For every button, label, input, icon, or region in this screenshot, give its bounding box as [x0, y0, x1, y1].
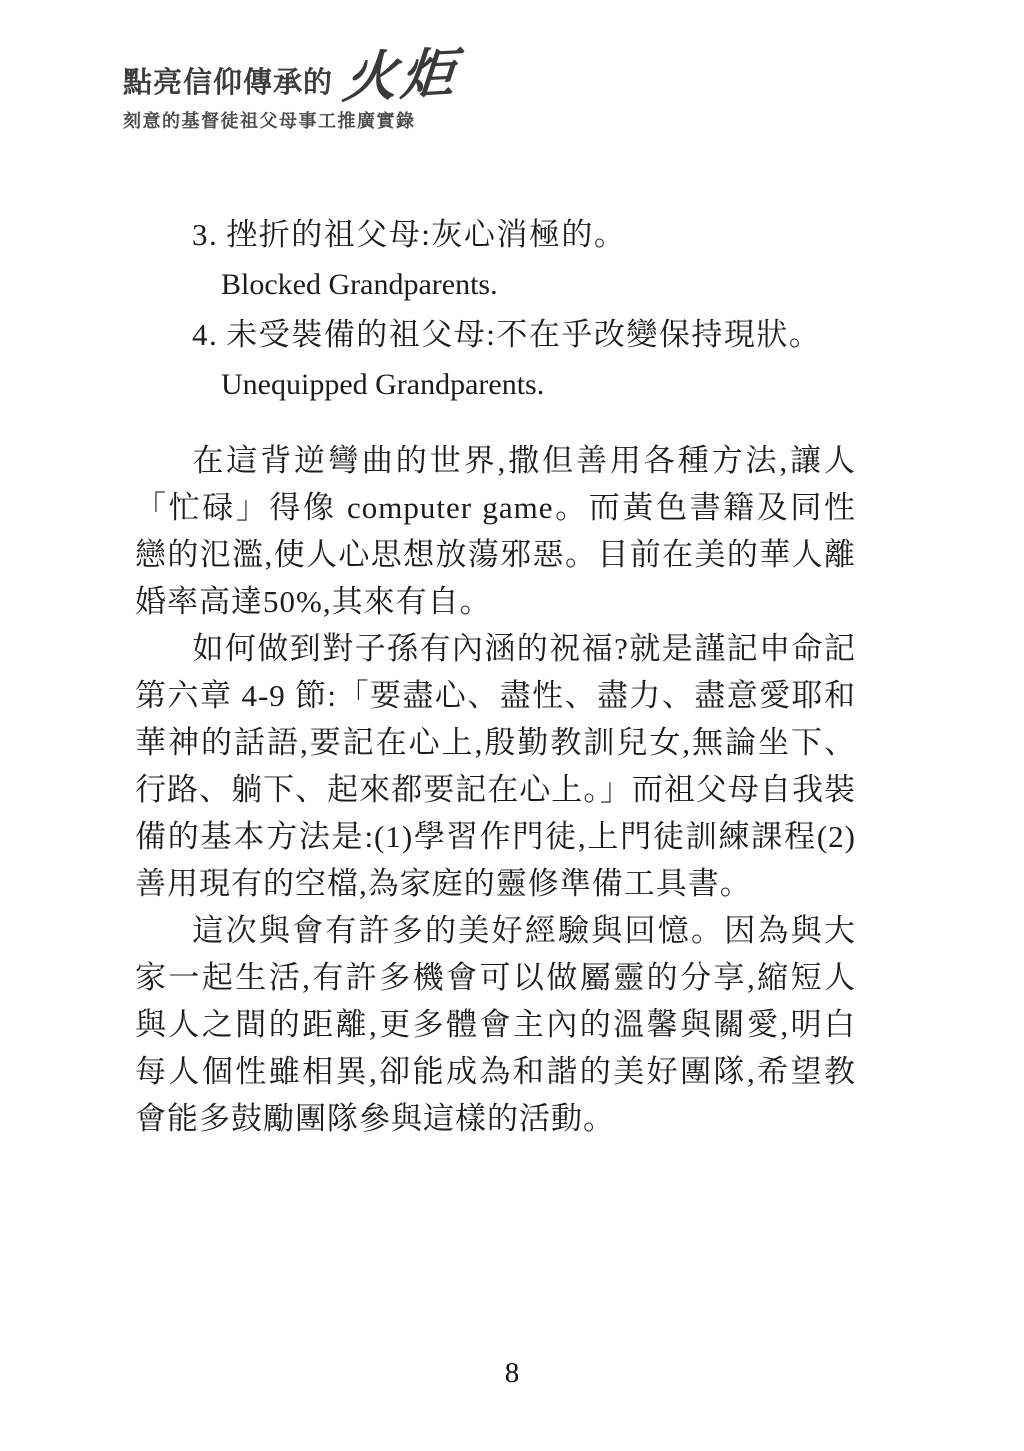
list-item-4-chinese: 4.未受裝備的祖父母:不在乎改變保持現狀。 — [135, 310, 875, 360]
paragraph-deuteronomy: 如何做到對子孫有內涵的祝福?就是謹記申命記第六章 4-9 節:「要盡心、盡性、盡… — [135, 625, 856, 907]
paragraph-conference: 這次與會有許多的美好經驗與回憶。因為與大家一起生活,有許多機會可以做屬靈的分享,… — [135, 907, 856, 1142]
list-item-3-text: 挫折的祖父母:灰心消極的。 — [226, 217, 626, 252]
paragraph-world: 在這背逆彎曲的世界,撒但善用各種方法,讓人「忙碌」得像 computer gam… — [135, 437, 856, 625]
book-header-logo: 點亮信仰傳承的 火炬 刻意的基督徒祖父母事工推廣實錄 — [123, 52, 459, 133]
book-subtitle: 刻意的基督徒祖父母事工推廣實錄 — [123, 107, 459, 133]
grandparent-types-list: 3.挫折的祖父母:灰心消極的。 Blocked Grandparents. 4.… — [135, 210, 875, 410]
page-number: 8 — [0, 1357, 1024, 1390]
book-title-prefix: 點亮信仰傳承的 — [123, 66, 333, 101]
body-text: 在這背逆彎曲的世界,撒但善用各種方法,讓人「忙碌」得像 computer gam… — [135, 437, 856, 1142]
book-page: 點亮信仰傳承的 火炬 刻意的基督徒祖父母事工推廣實錄 3.挫折的祖父母:灰心消極… — [0, 0, 1024, 1451]
list-item-3-number: 3. — [192, 217, 218, 252]
book-title-row: 點亮信仰傳承的 火炬 — [123, 52, 459, 101]
list-item-3-chinese: 3.挫折的祖父母:灰心消極的。 — [135, 210, 875, 260]
list-item-4-english: Unequipped Grandparents. — [135, 360, 875, 410]
list-item-3-english: Blocked Grandparents. — [135, 260, 875, 310]
list-item-4-number: 4. — [192, 317, 218, 352]
list-item-4-text: 未受裝備的祖父母:不在乎改變保持現狀。 — [226, 317, 821, 352]
torch-calligraphy: 火炬 — [341, 49, 461, 104]
